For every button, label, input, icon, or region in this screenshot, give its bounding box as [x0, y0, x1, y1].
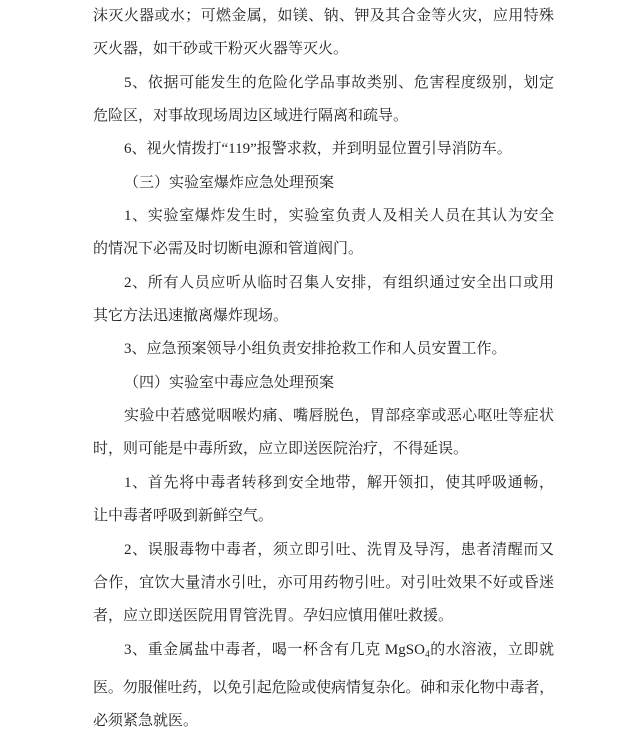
text-line: 2、误服毒物中毒者，须立即引吐、洗胃及导泻，患者清醒而又	[93, 534, 554, 567]
text-line: 3、应急预案领导小组负责安排抢救工作和人员安置工作。	[93, 333, 554, 366]
text-line: 灭火器，如干砂或干粉灭火器等灭火。	[93, 33, 554, 66]
text-line: 沫灭火器或水；可燃金属，如镁、钠、钾及其合金等火灾，应用特殊	[93, 0, 554, 33]
text-line: 必须紧急就医。	[93, 705, 554, 738]
text-line: 1、实验室爆炸发生时，实验室负责人及相关人员在其认为安全	[93, 200, 554, 233]
text-line: 危险区，对事故现场周边区域进行隔离和疏导。	[93, 100, 554, 133]
text-line: 2、所有人员应听从临时召集人安排，有组织通过安全出口或用	[93, 267, 554, 300]
text-line: 其它方法迅速撤离爆炸现场。	[93, 300, 554, 333]
text-line: 合作，宜饮大量清水引吐，亦可用药物引吐。对引吐效果不好或昏迷	[93, 567, 554, 600]
text-line: 的情况下必需及时切断电源和管道阀门。	[93, 233, 554, 266]
document-body: 沫灭火器或水；可燃金属，如镁、钠、钾及其合金等火灾，应用特殊 灭火器，如干砂或干…	[93, 0, 554, 739]
text-line: 让中毒者呼吸到新鲜空气。	[93, 500, 554, 533]
text-line: 医。勿服催吐药，以免引起危险或使病情复杂化。砷和汞化物中毒者，	[93, 672, 554, 705]
section-heading: （三）实验室爆炸应急处理预案	[93, 167, 554, 200]
text-line: 者，应立即送医院用胃管洗胃。孕妇应慎用催吐救援。	[93, 600, 554, 633]
text-segment: 3、重金属盐中毒者，喝一杯含有几克 MgSO	[124, 642, 425, 658]
text-line: 时，则可能是中毒所致，应立即送医院治疗，不得延误。	[93, 433, 554, 466]
text-line: 实验中若感觉咽喉灼痛、嘴唇脱色，胃部痉挛或恶心呕吐等症状	[93, 400, 554, 433]
text-segment: 的水溶液，立即就	[430, 642, 554, 658]
section-heading: （四）实验室中毒应急处理预案	[93, 367, 554, 400]
text-line: 3、重金属盐中毒者，喝一杯含有几克 MgSO4的水溶液，立即就	[93, 634, 554, 672]
document-page: 沫灭火器或水；可燃金属，如镁、钠、钾及其合金等火灾，应用特殊 灭火器，如干砂或干…	[0, 0, 641, 744]
text-line: 1、首先将中毒者转移到安全地带，解开领扣，使其呼吸通畅，	[93, 467, 554, 500]
text-line: 6、视火情拨打“119”报警求救，并到明显位置引导消防车。	[93, 133, 554, 166]
text-line: 5、依据可能发生的危险化学品事故类别、危害程度级别，划定	[93, 67, 554, 100]
